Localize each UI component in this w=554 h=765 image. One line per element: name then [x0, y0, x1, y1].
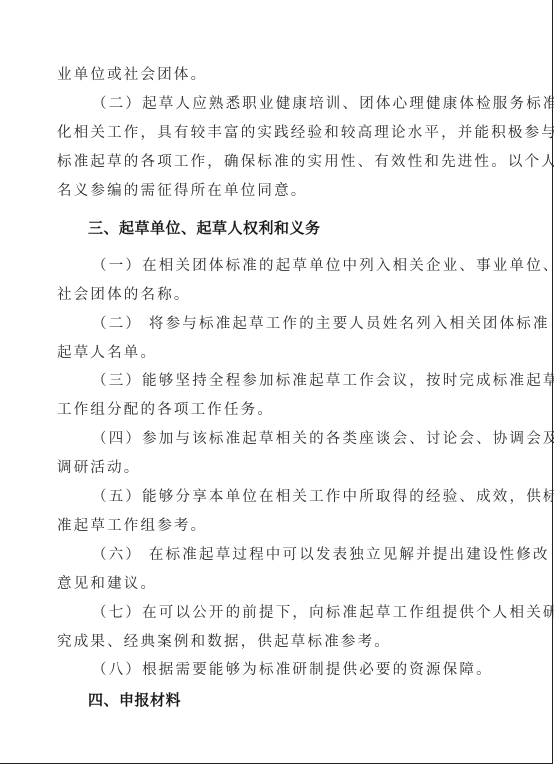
paragraph-line: 工作组分配的各项工作任务。 [57, 401, 274, 419]
paragraph-line: （三）能够坚持全程参加标准起草工作会议，按时完成标准起草 [92, 372, 554, 390]
paragraph-line: 准起草工作组参考。 [57, 517, 207, 535]
paragraph-line: 社会团体的名称。 [57, 286, 191, 304]
paragraph-line: 究成果、经典案例和数据，供起草标准参考。 [57, 633, 391, 651]
paragraph-line: 业单位或社会团体。 [57, 66, 207, 84]
paragraph-line: （七）在可以公开的前提下，向标准起草工作组提供个人相关研 [92, 604, 554, 622]
paragraph-line: （一）在相关团体标准的起草单位中列入相关企业、事业单位、 [92, 257, 554, 275]
paragraph-line: （五）能够分享本单位在相关工作中所取得的经验、成效，供标 [92, 488, 554, 506]
paragraph-line: 调研活动。 [57, 459, 141, 477]
paragraph-line: 起草人名单。 [57, 344, 157, 362]
paragraph-line: （八）根据需要能够为标准研制提供必要的资源保障。 [92, 661, 493, 679]
section-heading: 四、申报材料 [88, 691, 181, 709]
section-heading: 三、起草单位、起草人权利和义务 [88, 219, 321, 237]
paragraph-line: 化相关工作，具有较丰富的实践经验和较高理论水平，并能积极参与 [57, 124, 554, 142]
paragraph-line: 意见和建议。 [57, 575, 157, 593]
paragraph-line: 标准起草的各项工作，确保标准的实用性、有效性和先进性。以个人 [57, 153, 554, 171]
document-page: 业单位或社会团体。 （二）起草人应熟悉职业健康培训、团体心理健康体检服务标准 化… [0, 0, 553, 764]
paragraph-line: （二） 将参与标准起草工作的主要人员姓名列入相关团体标准 [92, 315, 550, 333]
paragraph-line: （二）起草人应熟悉职业健康培训、团体心理健康体检服务标准 [92, 95, 554, 113]
paragraph-line: （六） 在标准起草过程中可以发表独立见解并提出建设性修改 [92, 546, 550, 564]
paragraph-line: 名义参编的需征得所在单位同意。 [57, 182, 308, 200]
paragraph-line: （四）参加与该标准起草相关的各类座谈会、讨论会、协调会及 [92, 430, 554, 448]
